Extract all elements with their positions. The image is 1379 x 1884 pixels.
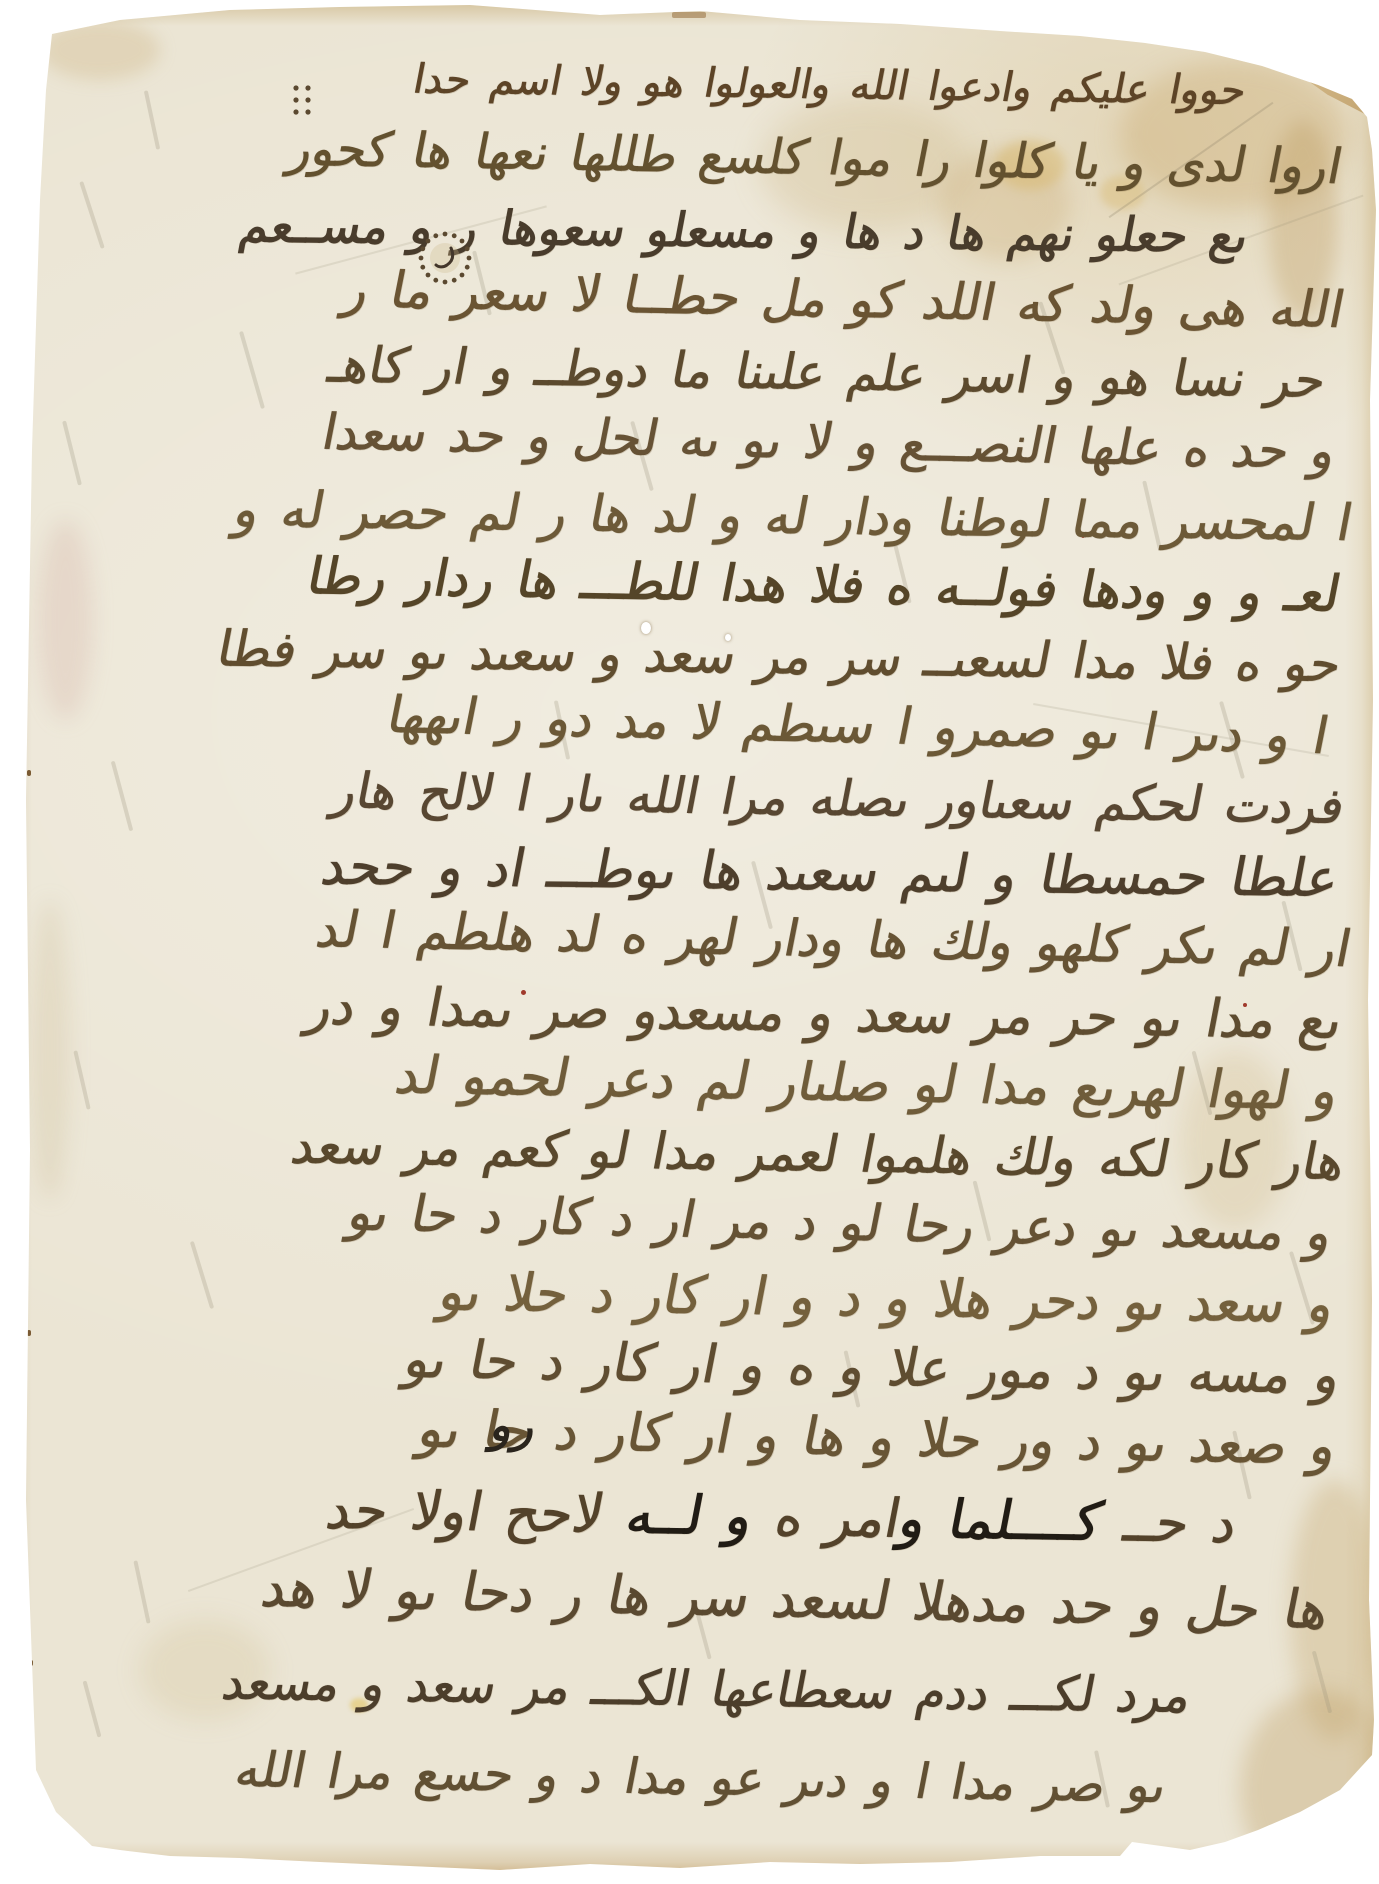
end-of-verse-dots (288, 80, 318, 122)
line-21-segment: امر ه (747, 1487, 907, 1550)
script-line-5: حر نسا هو و اسر علم علىنا ما دوطــ و ار … (323, 334, 1331, 411)
edge-nick (672, 12, 706, 18)
verse-divider-dotted-circle (415, 228, 475, 288)
script-line-8: لعـ و و ودها فولــه ه فلا هدا للطـــ ها … (303, 545, 1347, 625)
show-through-stroke (239, 331, 265, 409)
stain-pink (38, 520, 93, 720)
end-of-verse-dot-shapes (293, 85, 310, 114)
photo-background: حووا عليكم وادعوا الله والعولوا هو ولا ا… (0, 0, 1379, 1884)
edge-nick (27, 1330, 31, 1336)
show-through-stroke (144, 90, 160, 150)
edge-nick (27, 770, 31, 776)
script-line-11: فردت لحكم سعىاور ىصله مرا الله ىار ا لال… (328, 760, 1351, 837)
script-line-7: ا لمحسر مما لوطنا ودار له و لد ها ر لم ح… (230, 478, 1358, 554)
script-line-9: حو ه فلا مدا لسعىــ سر مر سعد و سعىد ىو … (212, 618, 1346, 695)
manuscript-page: حووا عليكم وادعوا الله والعولوا هو ولا ا… (0, 0, 1379, 1884)
script-line-22: ها حل و حد مدهلا لسعد سر ها ر دحا ىو لا … (256, 1556, 1335, 1644)
script-line-14: ىع مدا ىو حر مر سعد و مسعدو صر ىمدا و در (302, 975, 1349, 1054)
script-line-21-retouched: د حــ كــــلما وامر ه و لــه لاحح اولا ح… (321, 1478, 1243, 1558)
stain (40, 20, 160, 80)
script-line-10: ا و دىر ا ىو صمرو ا سىطم لا مد دو ر اىهه… (383, 684, 1335, 768)
stain (30, 900, 70, 1200)
edge-nick (25, 470, 29, 477)
line-21-black-segment: كــــلما و (894, 1489, 1107, 1553)
script-line-19: و مسه ىو د مور علا و ه و ار كار د حا ىو (399, 1328, 1346, 1409)
script-line-20: و صعد ىو د ور حلا و ها و ار كار د حا ىو (413, 1398, 1342, 1480)
show-through-stroke (73, 1050, 90, 1109)
script-line-4: الله هى ولد كه اللد كو مل حطــا لا سعر م… (339, 258, 1351, 341)
script-line-6: و حد ه علها النصـــع و لا ىو ىه لحل و حد… (317, 402, 1341, 482)
script-line-13: ار لم ىكر كلهو ولك ها ودار لهر ه لد هلطم… (311, 898, 1356, 980)
edge-nick (24, 1060, 28, 1067)
show-through-stroke (62, 420, 82, 485)
stain (1240, 1690, 1379, 1884)
show-through-stroke (79, 181, 104, 249)
line-21-segment: لاحح اولا حد (322, 1480, 634, 1546)
script-line-1: حووا عليكم وادعوا الله والعولوا هو ولا ا… (409, 54, 1250, 115)
script-line-18: و سعد ىو دحر هلا و د و ار كار د حلا ىو (435, 1261, 1341, 1338)
script-line-24: ىو صر مدا ا و دىر عو مدا د و حسع مرا الل… (231, 1740, 1172, 1816)
script-line-3: ىع حعلو نهم ها د ها و مسعلو سعوها ر و مس… (235, 198, 1254, 267)
script-line-23: مرد لكـــ ددم سعطاعها الكـــ مر سعد و مس… (218, 1653, 1197, 1726)
show-through-stroke (133, 1560, 150, 1623)
script-line-15: و لهوا لهرىع مدا لو صلىار لم دعر لحمو لد (390, 1044, 1344, 1125)
edge-nick (29, 1660, 33, 1666)
line-21-segment: د حــ (1095, 1492, 1242, 1555)
line-21-black-segment: و لــه (621, 1485, 758, 1548)
show-through-stroke (190, 1241, 214, 1309)
verse-divider-shapes (419, 232, 472, 285)
script-line-17: و مسعد ىو دعر رحا لو د مر ار د كار د حا … (344, 1182, 1339, 1265)
show-through-stroke (83, 1680, 102, 1737)
show-through-stroke (111, 761, 133, 832)
